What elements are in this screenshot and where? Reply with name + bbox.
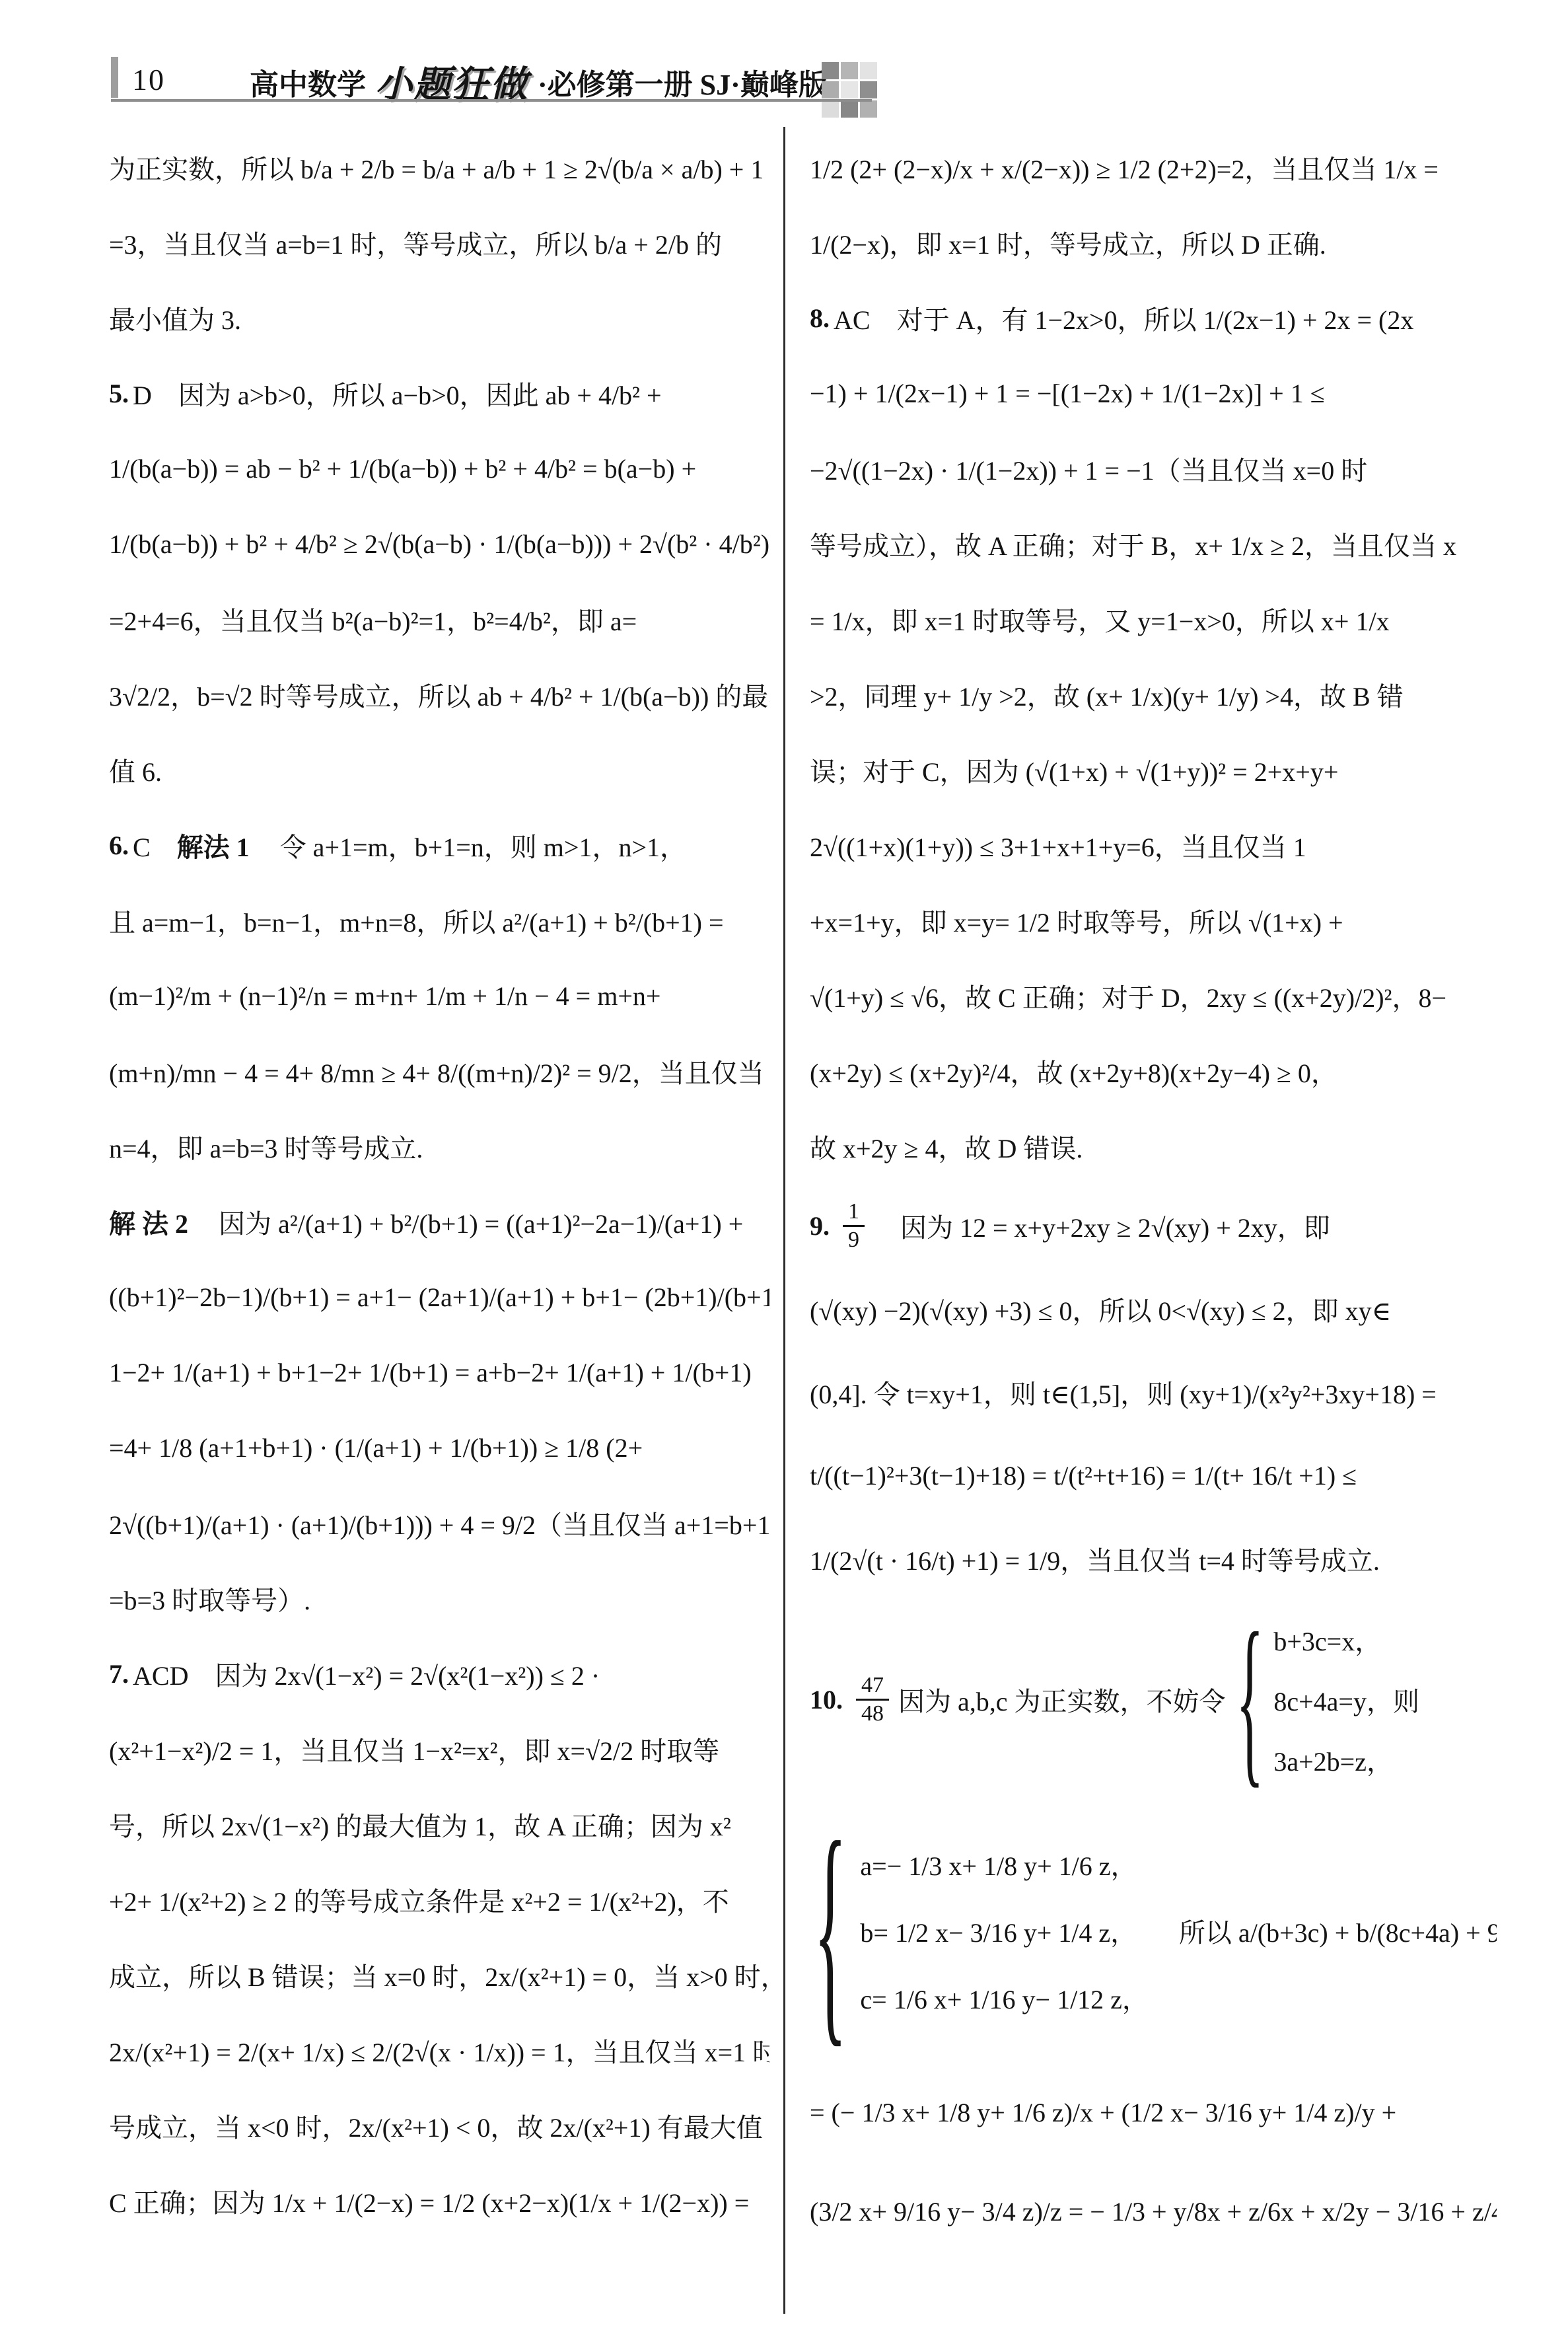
- left-brace: {: [814, 1787, 847, 2075]
- text-line: √(1+y) ≤ √6，故 C 正确；对于 D，2xy ≤ ((x+2y)/2)…: [810, 958, 1497, 1033]
- problem-number: 8.: [810, 303, 830, 334]
- text-line: (m+n)/mn − 4 = 4+ 8/mn ≥ 4+ 8/((m+n)/2)²…: [109, 1033, 769, 1109]
- text-line: C 正确；因为 1/x + 1/(2−x) = 1/2 (x+2−x)(1/x …: [109, 2163, 769, 2238]
- scanned-page: 10 高中数学 小题狂做 ·必修第一册 SJ·巅峰版 为正实数，所以 b/a +…: [0, 0, 1568, 2325]
- text-line: 所以 a/(b+3c) + b/(8c+4a) + 9c/(3a+2b): [1179, 1912, 1497, 1950]
- header-rule: [111, 99, 872, 102]
- solution-label: 解 法 2: [109, 1203, 188, 1241]
- answer-fraction: 19: [843, 1200, 865, 1251]
- text-line: 值 6.: [109, 732, 769, 807]
- text-line: 3√2/2，b=√2 时等号成立，所以 ab + 4/b² + 1/(b(a−b…: [109, 657, 769, 732]
- solution-label: 解法 1: [177, 827, 250, 864]
- text-line: 1−2+ 1/(a+1) + b+1−2+ 1/(b+1) = a+b−2+ 1…: [109, 1335, 769, 1410]
- text-line: = 1/x，即 x=1 时取等号，又 y=1−x>0，所以 x+ 1/x: [810, 581, 1497, 657]
- text-line: 5. D 因为 a>b>0，所以 a−b>0，因此 ab + 4/b² +: [109, 355, 769, 431]
- text-line: =3，当且仅当 a=b=1 时，等号成立，所以 b/a + 2/b 的: [109, 205, 769, 280]
- problem-number: 10.: [810, 1684, 843, 1715]
- text-line: 1/(2−x)，即 x=1 时，等号成立，所以 D 正确.: [810, 205, 1497, 280]
- text-line: (x+2y) ≤ (x+2y)²/4，故 (x+2y+8)(x+2y−4) ≥ …: [810, 1033, 1497, 1109]
- left-brace: {: [1236, 1590, 1264, 1808]
- column-divider: [783, 127, 785, 2314]
- text-line: =4+ 1/8 (a+1+b+1) · (1/(a+1) + 1/(b+1)) …: [109, 1410, 769, 1485]
- text-line: 1/(2√(t · 16/t) +1) = 1/9，当且仅当 t=4 时等号成立…: [810, 1517, 1497, 1600]
- text-line: 2√((b+1)/(a+1) · (a+1)/(b+1))) + 4 = 9/2…: [109, 1485, 769, 1561]
- text-line: 号，所以 2x√(1−x²) 的最大值为 1，故 A 正确；因为 x²: [109, 1787, 769, 1862]
- text-line: 为正实数，所以 b/a + 2/b = b/a + a/b + 1 ≥ 2√(b…: [109, 129, 769, 205]
- left-column: 为正实数，所以 b/a + 2/b = b/a + a/b + 1 ≥ 2√(b…: [109, 129, 769, 2303]
- text-line: 7. ACD 因为 2x√(1−x²) = 2√(x²(1−x²)) ≤ 2 ·: [109, 1636, 769, 1711]
- text-line: ((b+1)²−2b−1)/(b+1) = a+1− (2a+1)/(a+1) …: [109, 1259, 769, 1335]
- page-number: 10: [132, 62, 165, 97]
- text-line: (x²+1−x²)/2 = 1，当且仅当 1−x²=x²，即 x=√2/2 时取…: [109, 1711, 769, 1787]
- text-line: 1/(b(a−b)) + b² + 4/b² ≥ 2√(b(a−b) · 1/(…: [109, 506, 769, 581]
- problem-number: 7.: [109, 1658, 129, 1689]
- text-line: = (− 1/3 x+ 1/8 y+ 1/6 z)/x + (1/2 x− 3/…: [810, 2063, 1497, 2162]
- text-line: 6. C 解法 1 令 a+1=m，b+1=n，则 m>1，n>1，: [109, 807, 769, 883]
- title-suffix: ·必修第一册 SJ·巅峰版: [538, 61, 828, 103]
- text-line: (0,4]. 令 t=xy+1，则 t∈(1,5]，则 (xy+1)/(x²y²…: [810, 1350, 1497, 1434]
- equation-system: a=− 1/3 x+ 1/8 y+ 1/6 z， b= 1/2 x− 3/16 …: [860, 1845, 1149, 2016]
- problem-10-header: 10. 4748 因为 a,b,c 为正实数，不妨令 { b+3c=x， 8c+…: [810, 1600, 1497, 1798]
- text-line: (3/2 x+ 9/16 y− 3/4 z)/z = − 1/3 + y/8x …: [810, 2162, 1497, 2261]
- text-line: 号成立，当 x<0 时，2x/(x²+1) < 0，故 2x/(x²+1) 有最…: [109, 2088, 769, 2163]
- text-line: 2x/(x²+1) = 2/(x+ 1/x) ≤ 2/(2√(x · 1/x))…: [109, 2012, 769, 2088]
- title-prefix: 高中数学: [250, 61, 366, 103]
- text-line: 且 a=m−1，b=n−1，m+n=8，所以 a²/(a+1) + b²/(b+…: [109, 883, 769, 958]
- text-line: 1/2 (2+ (2−x)/x + x/(2−x)) ≥ 1/2 (2+2)=2…: [810, 129, 1497, 205]
- text-line: >2，同理 y+ 1/y >2，故 (x+ 1/x)(y+ 1/y) >4，故 …: [810, 657, 1497, 732]
- text-line: 解 法 2 因为 a²/(a+1) + b²/(b+1) = ((a+1)²−2…: [109, 1184, 769, 1259]
- text-line: (√(xy) −2)(√(xy) +3) ≤ 0，所以 0<√(xy) ≤ 2，…: [810, 1267, 1497, 1350]
- text-line: 成立，所以 B 错误；当 x=0 时，2x/(x²+1) = 0，当 x>0 时…: [109, 1937, 769, 2012]
- problem-number: 5.: [109, 378, 129, 409]
- text-line: t/((t−1)²+3(t−1)+18) = t/(t²+t+16) = 1/(…: [810, 1434, 1497, 1517]
- text-line: +2+ 1/(x²+2) ≥ 2 的等号成立条件是 x²+2 = 1/(x²+2…: [109, 1862, 769, 1937]
- text-line: 1/(b(a−b)) = ab − b² + 1/(b(a−b)) + b² +…: [109, 431, 769, 506]
- text-line: =b=3 时取等号）.: [109, 1561, 769, 1636]
- text-line: +x=1+y，即 x=y= 1/2 时取等号，所以 √(1+x) +: [810, 883, 1497, 958]
- problem-number: 9.: [810, 1210, 830, 1241]
- text-line: (m−1)²/m + (n−1)²/n = m+n+ 1/m + 1/n − 4…: [109, 958, 769, 1033]
- text-line: 等号成立），故 A 正确；对于 B，x+ 1/x ≥ 2，当且仅当 x: [810, 506, 1497, 581]
- text-line: 最小值为 3.: [109, 280, 769, 355]
- text-line: 8. AC 对于 A，有 1−2x>0，所以 1/(2x−1) + 2x = (…: [810, 280, 1497, 355]
- text-line: 误；对于 C，因为 (√(1+x) + √(1+y))² = 2+x+y+: [810, 732, 1497, 807]
- text-line: −2√((1−2x) · 1/(1−2x)) + 1 = −1（当且仅当 x=0…: [810, 431, 1497, 506]
- text-line: 故 x+2y ≥ 4，故 D 错误.: [810, 1109, 1497, 1184]
- equation-system: b+3c=x， 8c+4a=y， 3a+2b=z，: [1273, 1621, 1393, 1779]
- answer-fraction: 4748: [856, 1674, 889, 1725]
- text-line: −1) + 1/(2x−1) + 1 = −[(1−2x) + 1/(1−2x)…: [810, 355, 1497, 431]
- checker-grid-icon: [822, 62, 877, 118]
- problem-10-system: { a=− 1/3 x+ 1/8 y+ 1/6 z， b= 1/2 x− 3/1…: [810, 1798, 1497, 2063]
- text-line: 9. 19 因为 12 = x+y+2xy ≥ 2√(xy) + 2xy，即: [810, 1184, 1497, 1267]
- text-line: =2+4=6，当且仅当 b²(a−b)²=1，b²=4/b²，即 a=: [109, 581, 769, 657]
- text-line: 2√((1+x)(1+y)) ≤ 3+1+x+1+y=6，当且仅当 1: [810, 807, 1497, 883]
- text-line: n=4，即 a=b=3 时等号成立.: [109, 1109, 769, 1184]
- right-column: 1/2 (2+ (2−x)/x + x/(2−x)) ≥ 1/2 (2+2)=2…: [810, 129, 1497, 2310]
- header-accent-bar: [111, 57, 118, 98]
- problem-number: 6.: [109, 830, 129, 861]
